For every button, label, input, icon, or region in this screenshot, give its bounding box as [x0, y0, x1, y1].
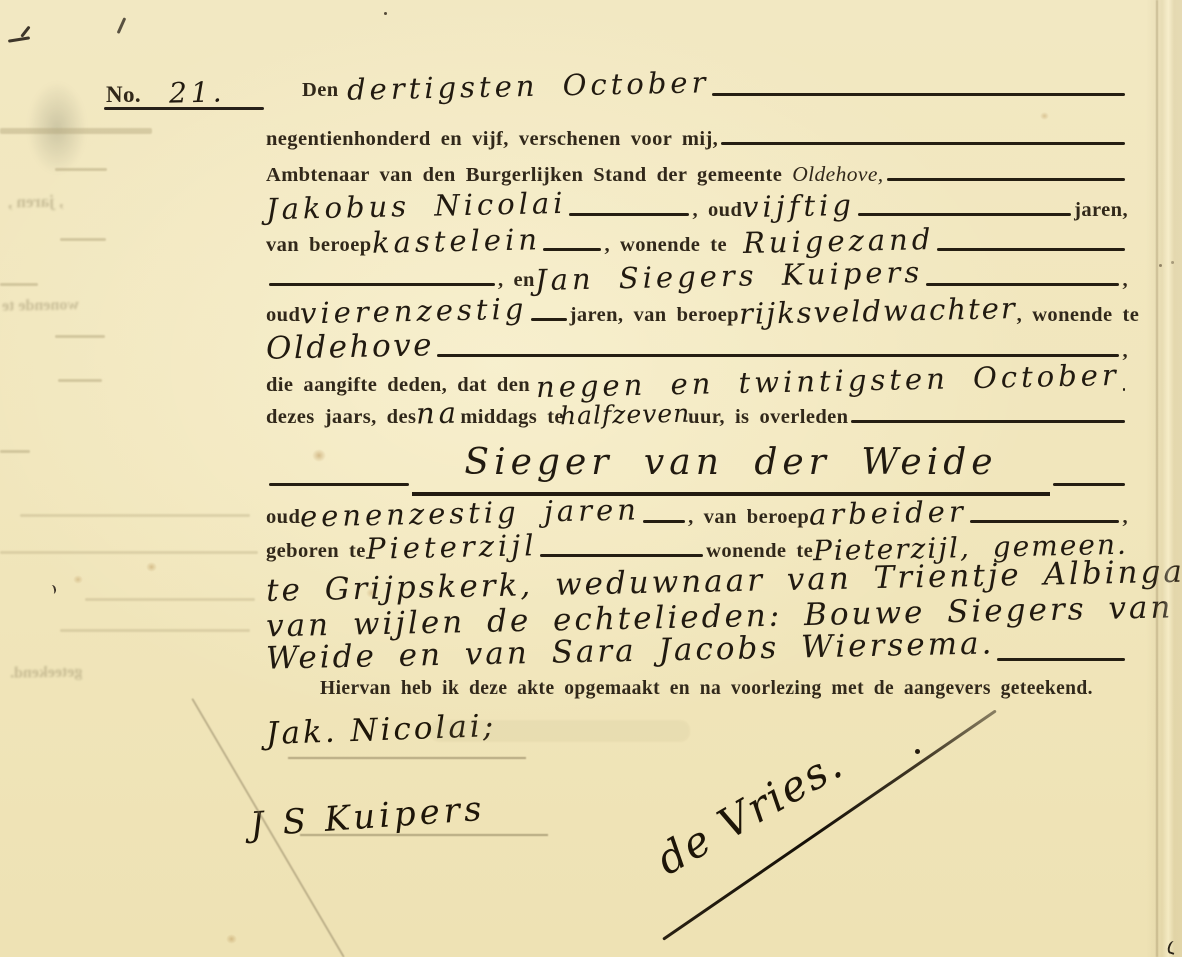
handwritten-daypart: na [416, 396, 461, 431]
bleedthrough-dash [0, 551, 258, 554]
page-fold-line [1156, 0, 1158, 957]
blank-rule [1053, 483, 1125, 486]
handwritten-residence2: Oldehove [266, 327, 435, 367]
page-edge-shadow [1146, 0, 1182, 957]
form-line-1: Den dertigsten October [266, 69, 1128, 103]
blank-rule [926, 283, 1119, 286]
blank-rule [721, 142, 1125, 145]
blank-rule [540, 554, 703, 557]
bleedthrough-dash [60, 629, 250, 632]
bleedthrough-dash [60, 238, 106, 241]
form-line-16: Weide en van Sara Jacobs Wiersema. [266, 633, 1128, 669]
handwritten-age2: vierenzestig [300, 292, 528, 331]
blank-rule [269, 483, 409, 486]
handwritten-deceased-occupation: arbeider [809, 494, 967, 531]
form-line-10: dezes jaars, des na middags te halfzeven… [266, 396, 1128, 430]
blank-rule [643, 520, 685, 523]
printed-text: , van beroep [688, 506, 809, 529]
printed-text: , oud [692, 199, 742, 222]
printed-text: jaren, van beroep [570, 304, 739, 327]
form-line-2: negentienhonderd en vijf, verschenen voo… [266, 128, 1128, 151]
handwritten-declarant1-name: Jakobus Nicolai [266, 186, 567, 226]
blank-rule [997, 658, 1125, 661]
foxing-spot [312, 449, 326, 462]
form-line-12: oud eenenzestig jaren , van beroep arbei… [266, 496, 1128, 530]
handwritten-declarant2-name: Jan Siegers Kuipers [535, 255, 924, 297]
foxing-spot [366, 588, 377, 598]
printed-text: wonende te [706, 540, 813, 563]
printed-municipality: Oldehove, [792, 162, 883, 187]
printed-text: oud [266, 304, 300, 327]
handwritten-hour: halfzeven [560, 399, 691, 431]
act-number-value: 21. [169, 75, 226, 109]
signature-registrar: de Vries. [648, 739, 852, 885]
printed-text: , [1122, 506, 1128, 529]
bleedthrough-dash [58, 379, 102, 382]
blank-rule [858, 213, 1071, 216]
bleedthrough-dash [85, 598, 255, 601]
printed-text: , [1122, 340, 1128, 363]
faded-strike-mark [0, 128, 152, 134]
blank-rule [887, 178, 1125, 181]
printed-text: , en [498, 269, 535, 292]
foxing-spot [1040, 112, 1049, 120]
form-line-4: Jakobus Nicolai , oud vijftig jaren, [266, 189, 1128, 223]
form-line-15: van wijlen de echtelieden: Bouwe Siegers… [266, 598, 1128, 634]
blank-rule [543, 248, 601, 251]
ink-squiggle [48, 584, 57, 594]
bleedthrough-text: geteekend. [10, 663, 83, 682]
act-number-block: No. 21. [106, 76, 226, 109]
pen-mark [117, 17, 126, 34]
printed-text: Den [302, 79, 339, 102]
printed-text: uur, is overleden [688, 406, 848, 429]
bleedthrough-dash [55, 168, 107, 171]
printed-text: jaren, [1074, 199, 1128, 222]
form-line-6: , en Jan Siegers Kuipers , [266, 259, 1128, 293]
signature-declarant1-underline [288, 757, 526, 759]
bleedthrough-dash [0, 450, 30, 453]
deceased-name-box: Sieger van der Weide [412, 442, 1050, 496]
foxing-spot [146, 562, 157, 572]
bleedthrough-text: , jaren , [8, 192, 64, 213]
blank-rule [531, 318, 567, 321]
form-line-9: die aangifte deden, dat den negen en twi… [266, 364, 1128, 398]
printed-text: , [1122, 269, 1128, 292]
printed-closing-text: Hiervan heb ik deze akte opgemaakt en na… [320, 678, 1093, 700]
blank-rule [851, 420, 1125, 423]
bleedthrough-dash [20, 514, 250, 517]
handwritten-birthplace: Pieterzijl [365, 528, 537, 566]
pen-mark [8, 36, 30, 42]
form-line-17-closing: Hiervan heb ik deze akte opgemaakt en na… [266, 678, 1128, 700]
bleedthrough-dash [0, 283, 38, 286]
act-number-label: No. [106, 82, 141, 108]
signature-registrar-dot [915, 749, 920, 754]
handwritten-family-details-3: Weide en van Sara Jacobs Wiersema. [266, 625, 995, 676]
printed-text: , wonende te [1017, 304, 1140, 327]
blank-rule [437, 354, 1119, 357]
bleedthrough-ghost [430, 720, 690, 742]
printed-text: geboren te [266, 540, 366, 563]
printed-text: middags te [460, 406, 564, 429]
handwritten-deceased-age: eenenzestig jaren [300, 492, 640, 533]
handwritten-age: vijftig [742, 188, 856, 224]
blank-rule [712, 93, 1125, 96]
form-line-5: van beroep kastelein , wonende te Ruigez… [266, 224, 1128, 258]
form-line-11-deceased-name: Sieger van der Weide [266, 442, 1128, 496]
printed-text: , wonende te [604, 234, 727, 257]
blank-rule [970, 520, 1120, 523]
handwritten-occupation: kastelein [371, 222, 541, 260]
handwritten-occupation2: rijksveldwachter [739, 291, 1017, 331]
printed-text: oud [266, 506, 300, 529]
form-line-7: oud vierenzestig jaren, van beroep rijks… [266, 294, 1128, 328]
ink-speck [384, 12, 387, 15]
printed-text: dezes jaars, des [266, 406, 416, 429]
signature-declarant2-underline [300, 834, 548, 836]
foxing-spot [226, 934, 237, 944]
foxing-spot [73, 575, 83, 584]
form-line-3: Ambtenaar van den Burgerlijken Stand der… [266, 162, 1128, 187]
handwritten-date: dertigsten October [346, 65, 709, 107]
blank-rule [937, 248, 1125, 251]
printed-text: negentienhonderd en vijf, verschenen voo… [266, 128, 718, 151]
signature-declarant2: J S Kuipers [249, 789, 487, 845]
scanned-death-certificate: { "document_type": "Dutch civil death re… [0, 0, 1182, 957]
blank-rule [569, 213, 689, 216]
bleedthrough-dash [55, 335, 105, 338]
printed-text: Ambtenaar van den Burgerlijken Stand der… [266, 164, 782, 187]
handwritten-deceased-name: Sieger van der Weide [464, 442, 997, 483]
blank-rule [1123, 388, 1125, 391]
printed-text: van beroep [266, 234, 372, 257]
act-number-underline [104, 107, 264, 110]
bleedthrough-text: wonende te [2, 296, 79, 315]
printed-text: die aangifte deden, dat den [266, 374, 530, 397]
blank-rule [269, 283, 495, 286]
